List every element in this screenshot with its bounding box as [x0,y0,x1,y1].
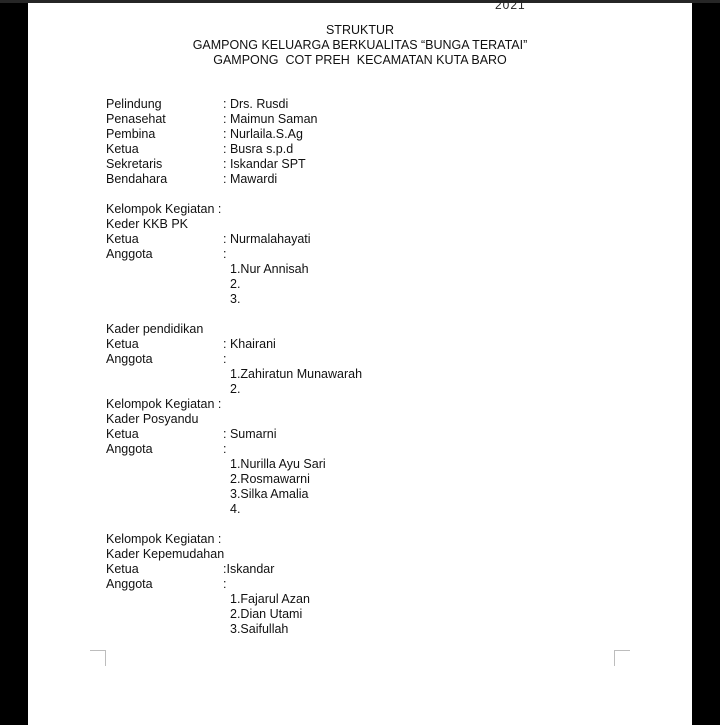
official-label: Pelindung [106,97,162,112]
official-label: Ketua [106,142,139,157]
document-title: STRUKTUR GAMPONG KELUARGA BERKUALITAS “B… [28,23,692,68]
title-line: STRUKTUR [28,23,692,38]
official-label: Penasehat [106,112,166,127]
title-line: GAMPONG COT PREH KECAMATAN KUTA BARO [28,53,692,68]
margin-corner-mark-right [614,650,630,666]
official-value: : Nurlaila.S.Ag [223,127,303,142]
document-page[interactable]: 2021 STRUKTUR GAMPONG KELUARGA BERKUALIT… [28,3,692,725]
title-line: GAMPONG KELUARGA BERKUALITAS “BUNGA TERA… [28,38,692,53]
official-value: : Drs. Rusdi [223,97,288,112]
official-value: : Iskandar SPT [223,157,306,172]
margin-corner-mark-left [90,650,106,666]
official-label: Pembina [106,127,155,142]
official-value: : Busra s.p.d [223,142,293,157]
official-label: Sekretaris [106,157,162,172]
official-value: : Mawardi [223,172,277,187]
official-label: Bendahara [106,172,167,187]
cut-off-header-text: 2021 [495,0,526,12]
official-value: : Maimun Saman [223,112,317,127]
